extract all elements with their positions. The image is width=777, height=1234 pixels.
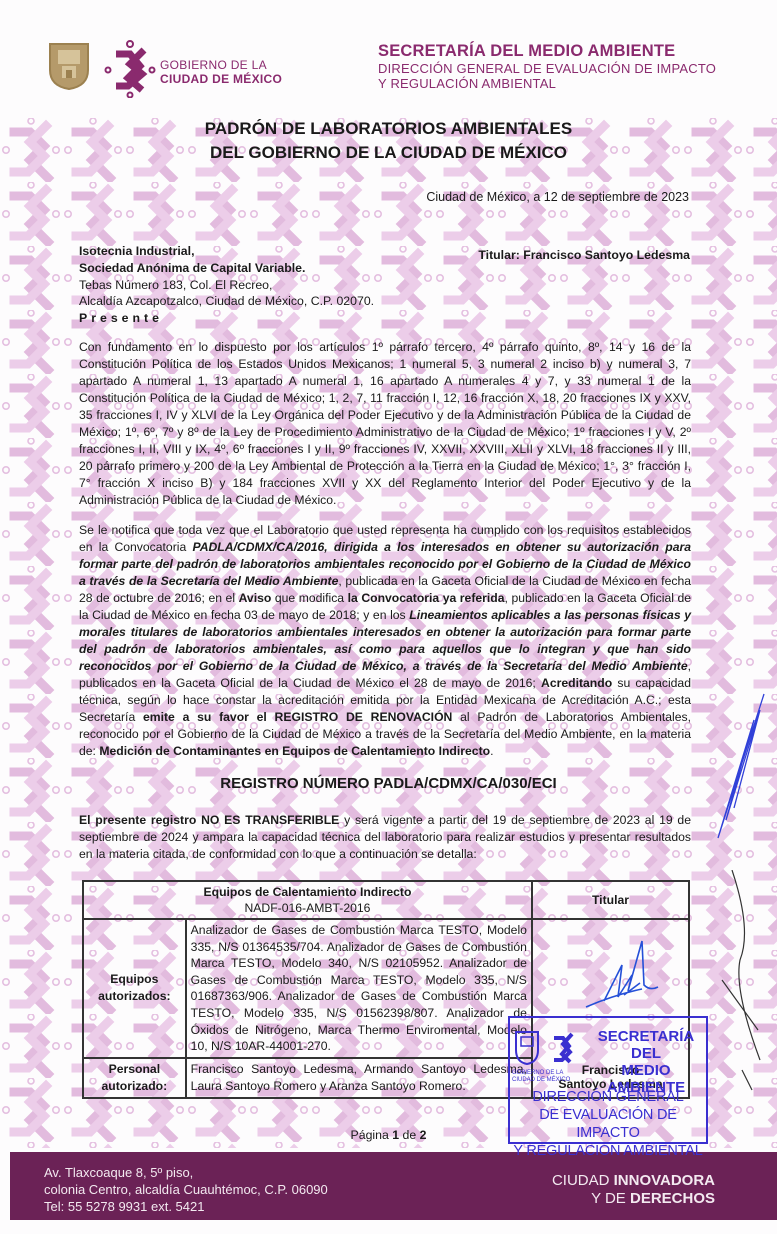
page-current: 1 (392, 1128, 399, 1142)
secretariat-name: SECRETARÍA DEL MEDIO AMBIENTE (378, 42, 716, 61)
cdmx-coat-of-arms-icon (48, 42, 90, 90)
header-norm: NADF-016-AMBT-2016 (88, 900, 527, 916)
row-label-personnel: Personal autorizado: (83, 1058, 186, 1098)
p2-registro-renovacion: emite a su favor el REGISTRO DE RENOVACI… (143, 710, 452, 724)
page-total: 2 (420, 1128, 427, 1142)
slogan-bold1: INNOVADORA (614, 1172, 715, 1189)
gov-name-line1: GOBIERNO DE LA (160, 58, 282, 72)
titular-label: Titular: Francisco Santoyo Ledesma (478, 248, 690, 262)
letterhead: GOBIERNO DE LA CIUDAD DE MÉXICO SECRETAR… (0, 0, 777, 110)
recipient-name-line1: Isotecnia Industrial, (79, 243, 374, 260)
legal-basis-paragraph: Con fundamento en lo dispuesto por los a… (79, 339, 691, 509)
table-header-equipment: Equipos de Calentamiento Indirecto NADF-… (83, 881, 532, 919)
footer-phone: Tel: 55 5278 9931 ext. 5421 (44, 1198, 328, 1215)
document-date: Ciudad de México, a 12 de septiembre de … (426, 190, 689, 204)
gov-name-line2: CIUDAD DE MÉXICO (160, 72, 282, 86)
slogan-prefix2: Y DE (591, 1190, 630, 1207)
government-name: GOBIERNO DE LA CIUDAD DE MÉXICO (160, 58, 282, 86)
slogan-bold2: DERECHOS (630, 1190, 715, 1207)
row-value-personnel: Francisco Santoyo Ledesma, Armando Santo… (186, 1058, 532, 1098)
title-line1: PADRÓN DE LABORATORIOS AMBIENTALES (0, 117, 777, 141)
row-value-equipment: Analizador de Gases de Combustión Marca … (186, 919, 532, 1058)
table-header-row: Equipos de Calentamiento Indirecto NADF-… (83, 881, 689, 919)
p2-convocatoria-ref: la Convocatoria ya referida (348, 591, 505, 605)
authorization-table: Equipos de Calentamiento Indirecto NADF-… (82, 880, 690, 1099)
footer-address-line1: Av. Tlaxcoaque 8, 5º piso, (44, 1164, 328, 1181)
slogan-prefix1: CIUDAD (552, 1172, 614, 1189)
footer-bar: Av. Tlaxcoaque 8, 5º piso, colonia Centr… (10, 1152, 777, 1220)
recipient-address-line2: Alcaldía Azcapotzalco, Ciudad de México,… (79, 293, 374, 310)
cdmx-logo-icon (104, 40, 156, 98)
footer-slogan: CIUDAD INNOVADORA Y DE DERECHOS (552, 1172, 715, 1208)
p2-text: . (490, 744, 493, 758)
notification-paragraph: Se le notifica que toda vez que el Labor… (79, 522, 691, 760)
header-title: Equipos de Calentamiento Indirecto (88, 884, 527, 900)
registry-number: REGISTRO NÚMERO PADLA/CDMX/CA/030/ECI (0, 775, 777, 792)
titular-name-line1: Francisco (537, 1063, 684, 1077)
footer-address: Av. Tlaxcoaque 8, 5º piso, colonia Centr… (44, 1164, 328, 1215)
page-indicator: Página 1 de 2 (0, 1128, 777, 1142)
p2-materia: Medición de Contaminantes en Equipos de … (99, 744, 490, 758)
direction-line2: Y REGULACIÓN AMBIENTAL (378, 76, 716, 91)
recipient-block: Isotecnia Industrial, Sociedad Anónima d… (79, 243, 374, 327)
recipient-address-line1: Tebas Número 183, Col. El Recreo, (79, 277, 374, 294)
p2-acreditando: Acreditando (541, 676, 612, 690)
page-of: de (403, 1128, 417, 1142)
document-title: PADRÓN DE LABORATORIOS AMBIENTALES DEL G… (0, 117, 777, 165)
validity-paragraph: El presente registro NO ES TRANSFERIBLE … (79, 812, 691, 863)
titular-name-line2: Santoyo Ledesma (537, 1077, 684, 1091)
titular-signature-cell: Francisco Santoyo Ledesma (532, 919, 689, 1098)
non-transferable-notice: El presente registro NO ES TRANSFERIBLE (79, 813, 339, 827)
table-row: Equipos autorizados: Analizador de Gases… (83, 919, 689, 1058)
page-label: Página (351, 1128, 389, 1142)
secretariat-block: SECRETARÍA DEL MEDIO AMBIENTE DIRECCIÓN … (378, 42, 716, 91)
footer-address-line2: colonia Centro, alcaldía Cuauhtémoc, C.P… (44, 1181, 328, 1198)
direction-line1: DIRECCIÓN GENERAL DE EVALUACIÓN DE IMPAC… (378, 61, 716, 76)
table-header-titular: Titular (532, 881, 689, 919)
row-label-equipment: Equipos autorizados: (83, 919, 186, 1058)
p2-aviso: Aviso (239, 591, 272, 605)
greeting: Presente (79, 310, 374, 327)
recipient-name-line2: Sociedad Anónima de Capital Variable. (79, 260, 374, 277)
p2-text: que modifica (271, 591, 347, 605)
title-line2: DEL GOBIERNO DE LA CIUDAD DE MÉXICO (0, 141, 777, 165)
